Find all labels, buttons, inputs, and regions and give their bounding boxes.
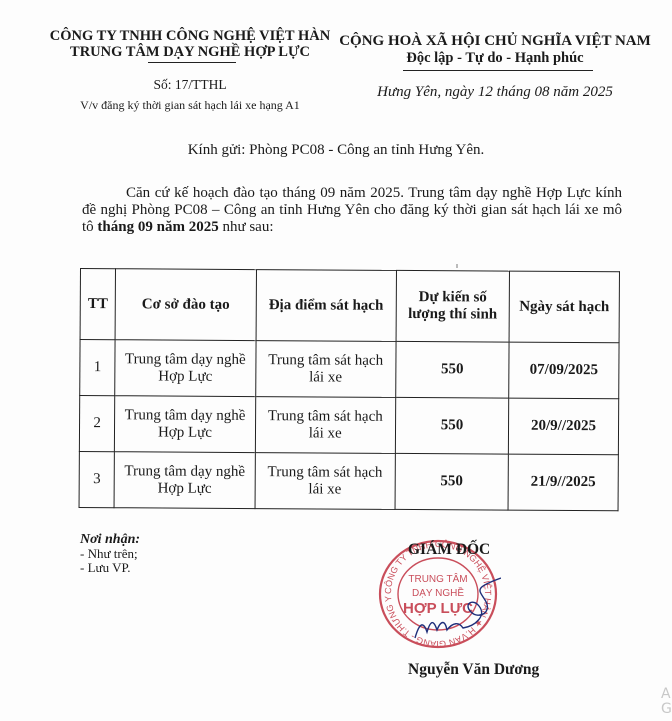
cell-tt: 3 [79, 451, 115, 507]
watermark-line1: A [661, 687, 672, 702]
cell-training-center: Trung tâm dạy nghề Hợp Lực [115, 340, 256, 397]
header-exam-location: Địa điểm sát hạch [256, 270, 397, 342]
table-row: 3 Trung tâm dạy nghề Hợp Lực Trung tâm s… [79, 451, 618, 510]
national-header: CỘNG HOÀ XÃ HỘI CHỦ NGHĨA VIỆT NAM Độc l… [330, 33, 660, 67]
cell-exam-location: Trung tâm sát hạch lái xe [255, 453, 396, 510]
place-date: Hưng Yên, ngày 12 tháng 08 năm 2025 [330, 84, 660, 101]
header-expected-candidates: Dự kiến số lượng thí sinh [396, 270, 509, 342]
company-name: CÔNG TY TNHH CÔNG NGHỆ VIỆT HÀN [30, 28, 350, 44]
cell-tt: 1 [80, 340, 116, 396]
svg-text:DẠY NGHỀ: DẠY NGHỀ [412, 586, 464, 599]
organization-header: CÔNG TY TNHH CÔNG NGHỆ VIỆT HÀN TRUNG TÂ… [30, 28, 350, 60]
distribution-title: Nơi nhận: [80, 533, 140, 547]
signatory-name: Nguyễn Văn Dương [408, 661, 539, 679]
exam-schedule-table: TT Cơ sở đào tạo Địa điểm sát hạch Dự ki… [79, 268, 620, 511]
national-motto: Độc lập - Tự do - Hạnh phúc [330, 50, 660, 67]
header-right-underline [403, 70, 593, 71]
center-name: TRUNG TÂM DẠY NGHỀ HỢP LỰC [30, 44, 350, 60]
svg-text:TRUNG TÂM: TRUNG TÂM [408, 572, 467, 585]
watermark-line2: G [661, 702, 672, 717]
table-row: 2 Trung tâm dạy nghề Hợp Lực Trung tâm s… [79, 396, 618, 455]
header-left-underline [148, 62, 236, 63]
cell-exam-date: 07/09/2025 [509, 342, 619, 399]
document-subject: V/v đăng ký thời gian sát hạch lái xe hạ… [30, 98, 350, 113]
document-number: Số: 17/TTHL [30, 77, 350, 93]
cell-exam-location: Trung tâm sát hạch lái xe [255, 341, 396, 398]
distribution-item: - Như trên; [80, 547, 140, 561]
signatory-title: GIÁM ĐỐC [408, 541, 490, 559]
header-tt: TT [80, 269, 116, 340]
body-text-bold: tháng 09 năm 2025 [97, 219, 218, 235]
cell-candidates: 550 [396, 341, 509, 398]
cell-candidates: 550 [395, 453, 508, 510]
cell-exam-date: 21/9//2025 [508, 454, 618, 511]
recipient-line: Kính gửi: Phòng PC08 - Công an tỉnh Hưng… [0, 142, 672, 159]
cell-training-center: Trung tâm dạy nghề Hợp Lực [114, 452, 255, 509]
table-row: 1 Trung tâm dạy nghề Hợp Lực Trung tâm s… [80, 340, 619, 399]
body-text-part2: như sau: [219, 219, 274, 235]
table-header-row: TT Cơ sở đào tạo Địa điểm sát hạch Dự ki… [80, 269, 619, 343]
scan-speck [456, 264, 458, 268]
cell-candidates: 550 [395, 397, 508, 454]
distribution-list: Nơi nhận: - Như trên; - Lưu VP. [80, 533, 140, 575]
header-training-center: Cơ sở đào tạo [115, 269, 256, 341]
cell-exam-location: Trung tâm sát hạch lái xe [255, 397, 396, 454]
cell-training-center: Trung tâm dạy nghề Hợp Lực [115, 396, 256, 453]
nation-title: CỘNG HOÀ XÃ HỘI CHỦ NGHĨA VIỆT NAM [330, 33, 660, 50]
activation-watermark: A G [661, 687, 672, 717]
distribution-item: - Lưu VP. [80, 561, 140, 575]
svg-text:HỢP LỰC: HỢP LỰC [403, 600, 473, 617]
cell-tt: 2 [79, 396, 115, 452]
header-exam-date: Ngày sát hạch [509, 271, 619, 343]
cell-exam-date: 20/9//2025 [508, 398, 618, 455]
body-paragraph: Căn cứ kế hoạch đào tạo tháng 09 năm 202… [82, 185, 622, 236]
